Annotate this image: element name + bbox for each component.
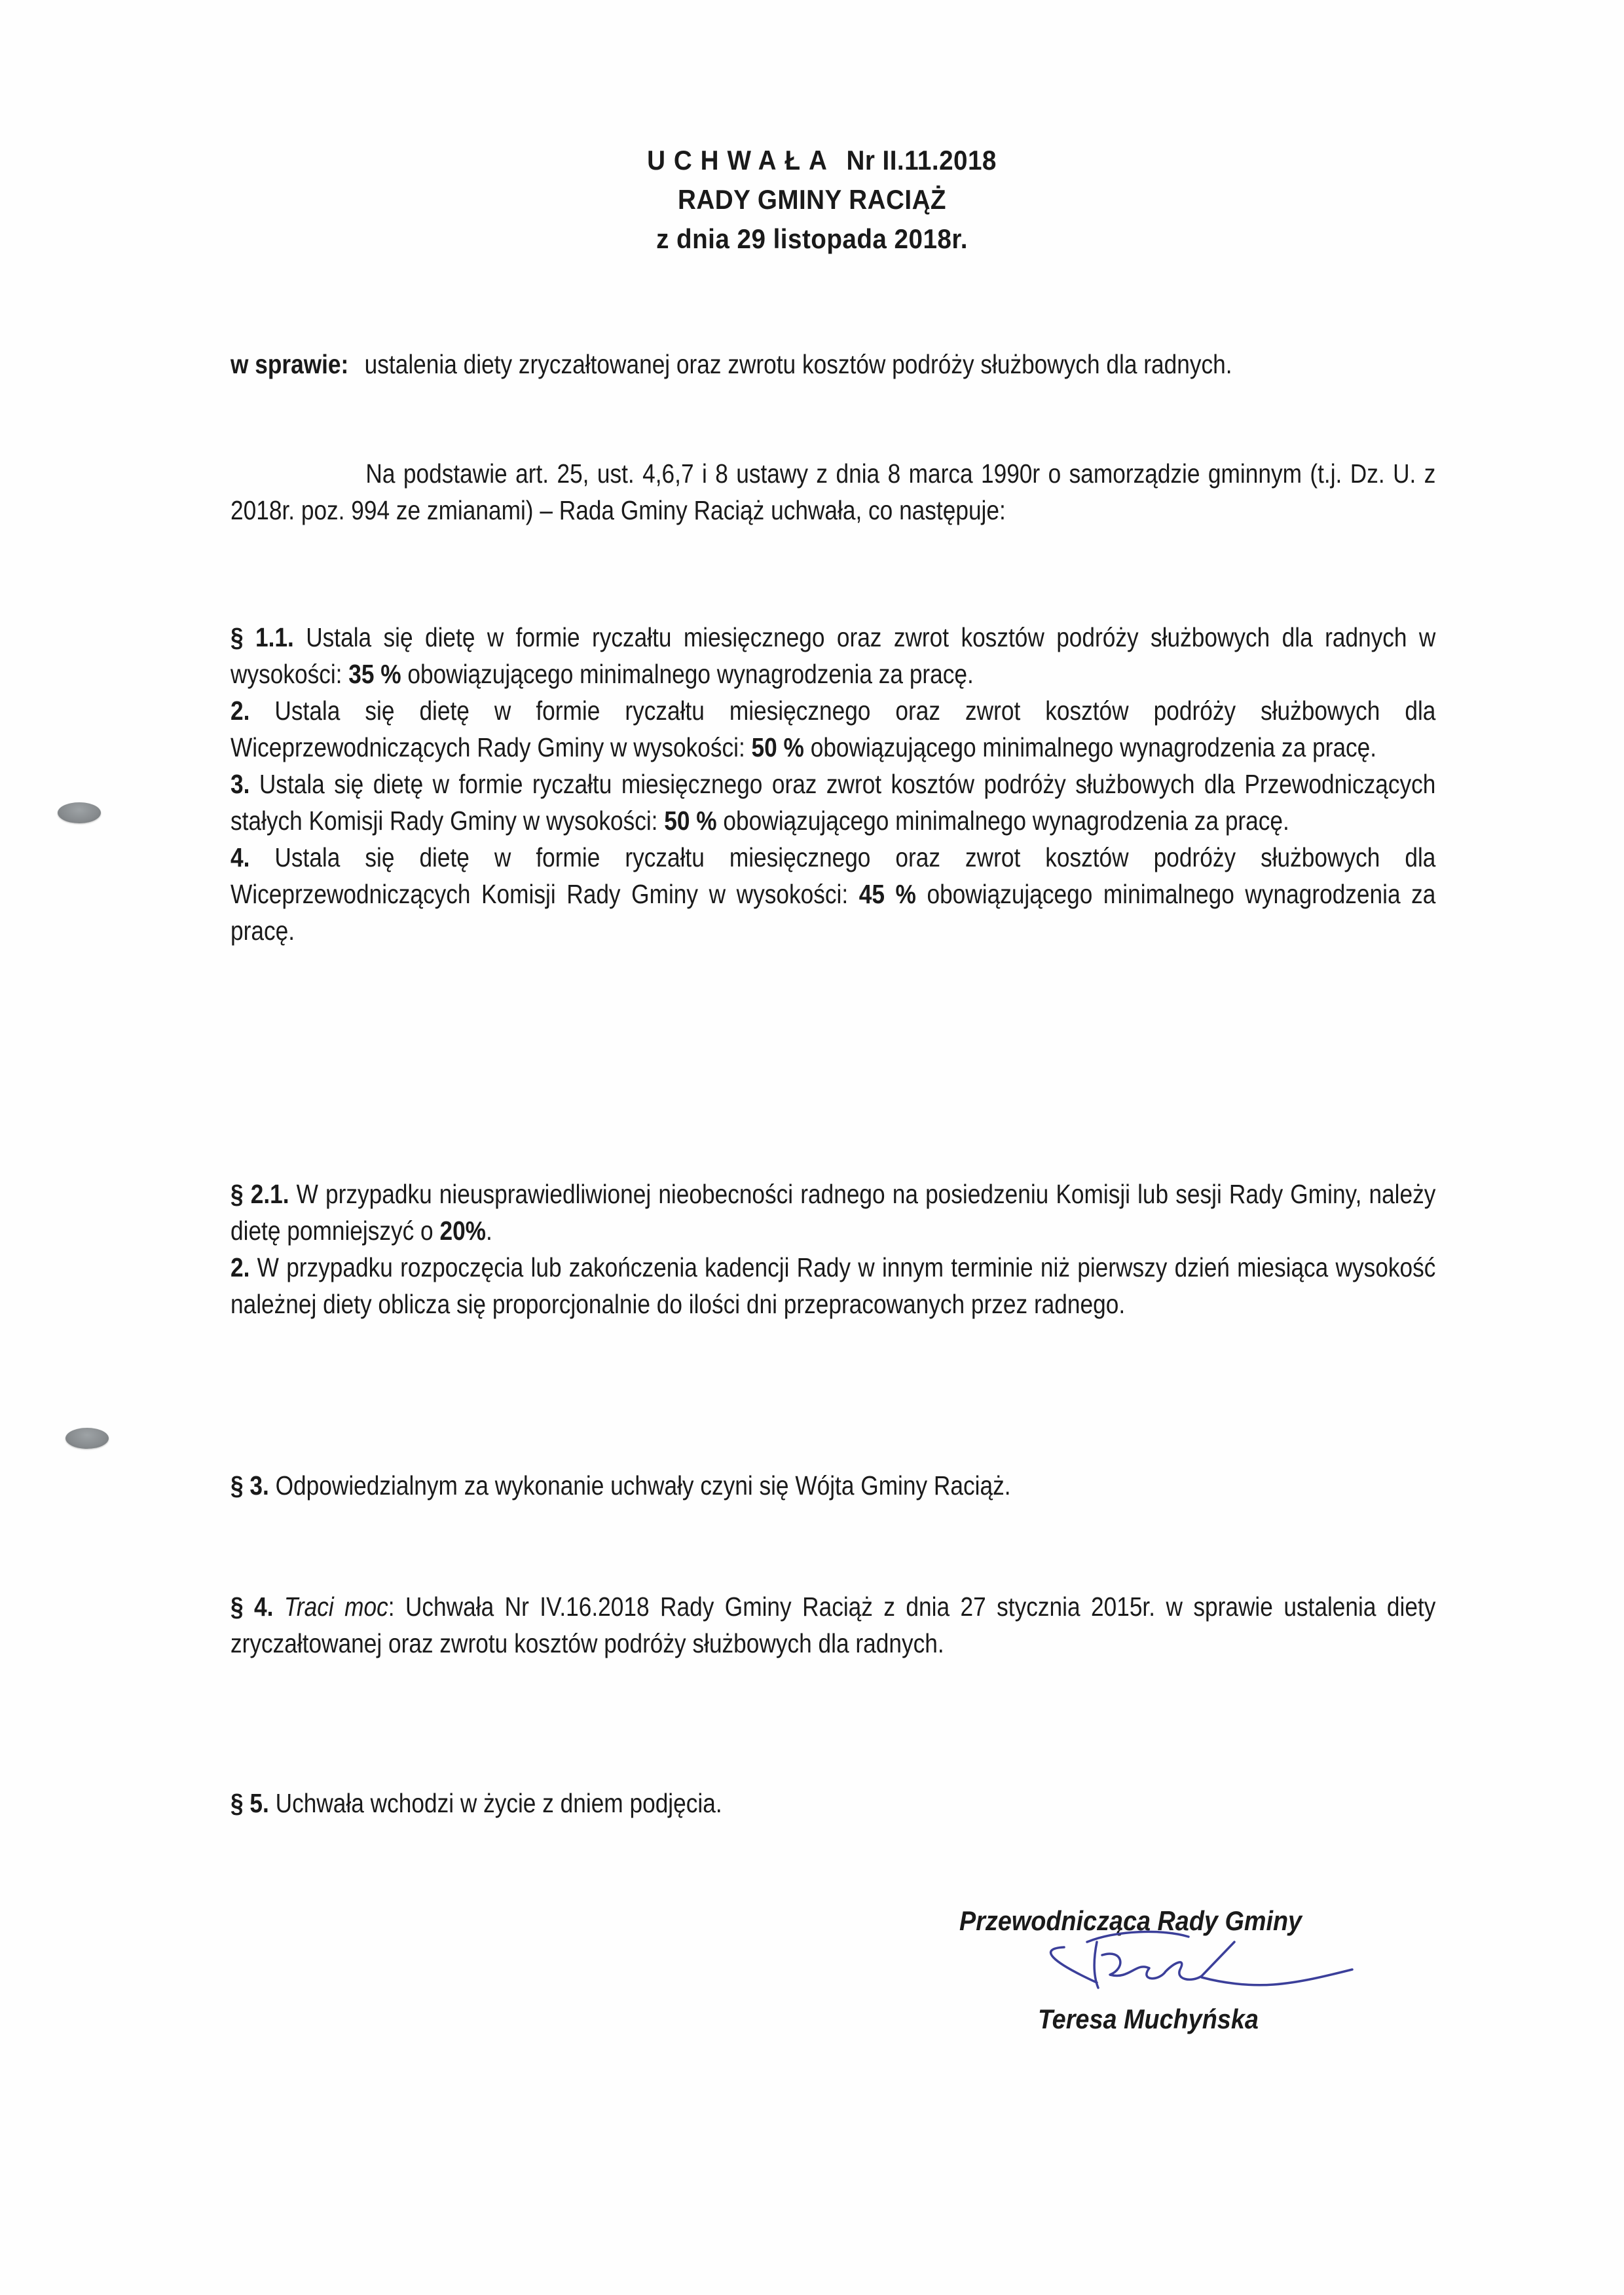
subject-text: ustalenia diety zryczałtowanej oraz zwro… [365, 346, 1436, 382]
section-1-item: 3. Ustala się dietę w formie ryczałtu mi… [231, 766, 1435, 839]
section-1-item: 4. Ustala się dietę w formie ryczałtu mi… [231, 839, 1435, 949]
document-page: UCHWAŁA Nr II.11.2018 RADY GMINY RACIĄŻ … [0, 0, 1624, 2295]
subject-block: w sprawie: ustalenia diety zryczałtowane… [231, 346, 1435, 382]
resolution-number: Nr II.11.2018 [846, 145, 996, 176]
resolution-header: UCHWAŁA Nr II.11.2018 RADY GMINY RACIĄŻ … [0, 141, 1624, 259]
section-5: § 5. Uchwała wchodzi w życie z dniem pod… [231, 1785, 1435, 1821]
section-2: § 2.1. W przypadku nieusprawiedliwionej … [231, 1176, 1435, 1322]
legal-basis-text: Na podstawie art. 25, ust. 4,6,7 i 8 ust… [231, 455, 1435, 529]
punch-hole [58, 802, 101, 823]
percent-value: 50 % [752, 732, 804, 762]
percent-value: 20% [439, 1216, 486, 1246]
section-1-item: 2. Ustala się dietę w formie ryczałtu mi… [231, 692, 1435, 766]
section-2-item: § 2.1. W przypadku nieusprawiedliwionej … [231, 1176, 1435, 1249]
section-1: § 1.1. Ustala się dietę w formie ryczałt… [231, 619, 1435, 949]
punch-hole [65, 1428, 109, 1449]
resolution-title: UCHWAŁA Nr II.11.2018 [84, 141, 1560, 180]
signatory-name: Teresa Muchyńska [1038, 2001, 1380, 2038]
section-3: § 3. Odpowiedzialnym za wykonanie uchwał… [231, 1467, 1435, 1504]
council-name: RADY GMINY RACIĄŻ [65, 180, 1559, 219]
legal-basis: Na podstawie art. 25, ust. 4,6,7 i 8 ust… [231, 455, 1435, 529]
percent-value: 35 % [348, 659, 401, 689]
section-2-item: 2. W przypadku rozpoczęcia lub zakończen… [231, 1249, 1435, 1322]
section-4: § 4. Traci moc: Uchwała Nr IV.16.2018 Ra… [231, 1588, 1435, 1662]
handwritten-signature-icon [1025, 1922, 1365, 1994]
percent-value: 50 % [664, 806, 716, 836]
signature-block: Przewodnicząca Rady Gminy Teresa Muchyńs… [959, 1903, 1418, 2038]
subject-label: w sprawie: [231, 346, 365, 382]
section-1-item: § 1.1. Ustala się dietę w formie ryczałt… [231, 619, 1435, 692]
percent-value: 45 % [859, 879, 916, 909]
resolution-date: z dnia 29 listopada 2018r. [65, 219, 1559, 259]
